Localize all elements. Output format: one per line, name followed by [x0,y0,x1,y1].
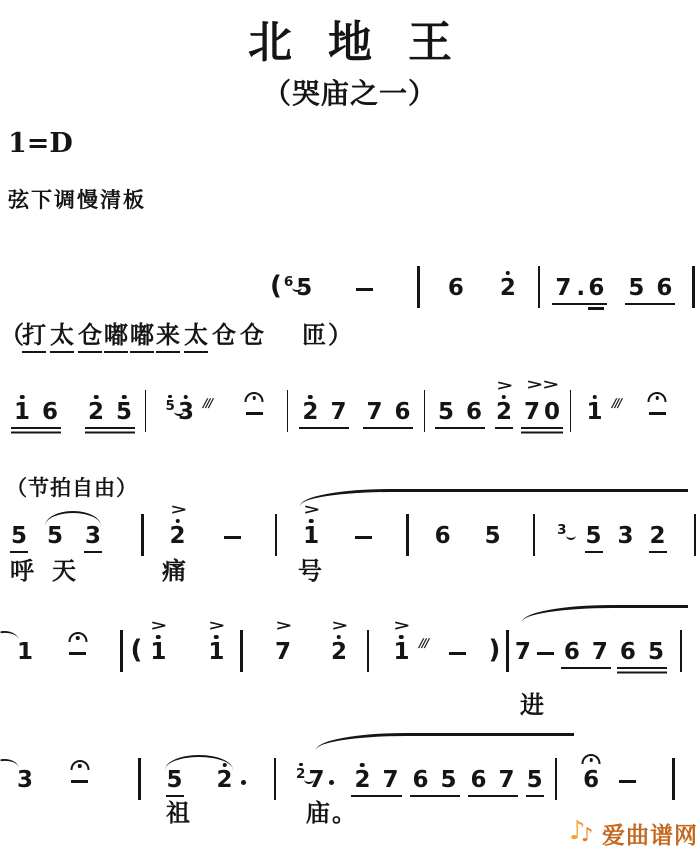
note-digit: 7 [515,641,531,664]
note-group: 3532 [555,524,667,549]
fermata-icon [245,392,264,402]
barline [406,514,409,556]
note-digit: 2 [302,401,318,424]
tie-in-arc [0,757,18,770]
note: 6 [583,769,599,792]
octave-dot [214,635,219,640]
dash-bar [537,652,554,656]
lyric-char: 嘟 [104,322,128,353]
lyric-char: 天 [52,558,76,586]
note: 5 [11,525,27,548]
barline [680,630,683,672]
octave-dot [122,395,127,400]
note-digit: 3 [85,525,101,548]
barline [274,758,277,800]
note-digit: 1 [587,401,603,424]
accent-mark: > [331,619,347,633]
note-group: 67 [562,641,610,664]
lyric-char: 庙 [306,800,330,828]
note: 6 [620,641,636,664]
note: 7 [330,401,346,424]
note-digit: 2 [500,277,516,300]
note-digit: 2 [496,401,512,424]
note-digit: 5 [648,641,664,664]
lyric-char: 来 [156,322,180,353]
octave-dot [360,763,365,768]
note-digit: 6 [394,401,410,424]
mode-tempo-label: 弦下调慢清板 [8,184,146,214]
note-digit: 6 [42,401,58,424]
accent-mark: > [393,619,409,633]
note-digit: 5 [527,769,543,792]
note: 2 [88,401,104,424]
dash-note [619,780,636,793]
note: 3 [17,769,33,792]
grace-note: 6 [284,276,293,290]
accent-mark: > [169,503,185,517]
note-digit: 2 [331,641,347,664]
score-title: 北地王 [0,6,700,70]
note: 2> [331,641,347,664]
note-digit: 5 [485,525,501,548]
note-digit: 1 [14,401,30,424]
note-digit: 7 [275,641,291,664]
note-digit: 5 [11,525,27,548]
parenthesis: ) [488,637,500,663]
grace-note: 3 [557,524,566,538]
note-digit: 6 [413,769,429,792]
barline [538,266,541,308]
note: 3 [85,525,101,548]
note: 6 [588,277,604,300]
octave-dot [94,395,99,400]
note-digit: 7 [499,769,515,792]
lyric-char: 打 [22,322,46,353]
grace-digit: 6 [284,276,293,290]
note-group: 56 [626,277,674,300]
note: 7 [592,641,608,664]
note: 7> [275,641,291,664]
parenthesis: ( [270,273,282,299]
score-subtitle: （哭庙之一） [0,72,700,112]
slur-arc [316,733,574,753]
music-note-icon: ♪ ♪ [569,818,599,850]
barline [506,630,509,672]
note: 7 [524,401,540,424]
note: 5 [116,401,132,424]
lyric-char: 仓 [212,322,236,350]
note: 5 [628,277,644,300]
dash-note [356,288,373,301]
note-group: 76 [364,401,412,424]
tremolo-mark: /// [418,637,429,649]
note-group: 25 [86,401,134,424]
note-group: 65 [411,769,459,792]
dash-bar [449,652,466,656]
accent-mark: > [275,619,291,633]
note: 53/// [166,395,194,425]
note: 5 [648,641,664,664]
octave-dot [222,763,227,768]
note-digit: 7 [308,769,324,792]
lyric-char: 太 [50,322,74,353]
note: 0 [544,401,560,424]
accent-mark: > [150,619,166,633]
dash-note [449,652,466,665]
note-group: 65 [618,641,666,664]
note: 5 [167,769,183,792]
lyric-char: ） [328,322,352,350]
note-group: 7.6 [553,277,606,300]
note: 6 [413,769,429,792]
note: 1 [14,401,30,424]
note: 1> [303,525,319,548]
note-digit: 5 [586,525,602,548]
barline [417,266,420,308]
note-digit: 6 [466,401,482,424]
note-group: 70>> [522,401,562,424]
note: 2 [500,277,516,300]
accent-mark: >> [526,378,558,392]
parenthesis: ( [131,637,143,663]
dash-note [246,412,263,425]
lyric-char: 呼 [10,558,34,586]
music-line: 3522727656756 [8,758,700,792]
note: 2> [170,525,186,548]
watermark: ♪ ♪ 爱曲谱网 [569,817,698,850]
octave-dot [308,395,313,400]
barline [138,758,141,800]
barline [533,514,536,556]
barline [555,758,558,800]
lyric-char: 号 [298,558,322,586]
grace-digit: 5 [166,400,175,414]
note-digit: 7 [555,277,571,300]
lyric-char: 嘟 [130,322,154,353]
note-digit: 6 [588,277,604,300]
note-digit: 6 [435,525,451,548]
slur-arc [522,605,688,625]
note: 5 [485,525,501,548]
note: 2 [650,525,666,548]
octave-dot [156,635,161,640]
free-meter-label: （节拍自由） [6,472,138,502]
dash-bar [356,288,373,292]
note-digit: 3 [618,525,634,548]
note: 7 [515,641,531,664]
octave-dot [337,635,342,640]
lyric-char: 匝 [302,322,326,350]
octave-dot [502,395,507,400]
note-digit: 2 [170,525,186,548]
dash-bar [355,536,372,540]
note-digit: 7 [366,401,382,424]
note-digit: 5 [438,401,454,424]
note-digit: 5 [628,277,644,300]
note: 1> [150,641,166,664]
watermark-text: 爱曲谱网 [602,817,698,850]
barline [141,514,144,556]
note-digit: 6 [656,277,672,300]
note-digit: 1 [17,641,33,664]
note: 3 [618,525,634,548]
note-digit: 1 [303,525,319,548]
note: 6 [564,641,580,664]
note-digit: 2 [217,769,233,792]
note-digit: 5 [47,525,63,548]
fermata-icon [68,632,87,642]
note-digit: 5 [167,769,183,792]
note: 6 [394,401,410,424]
note-digit: 6 [620,641,636,664]
note-digit: 1 [208,641,224,664]
note: 6 [656,277,672,300]
note-group: 56 [436,401,484,424]
note: 1/// [587,401,603,424]
note-digit: 6 [448,277,464,300]
accent-mark: > [208,619,224,633]
lyric-char: 祖 [166,800,190,828]
note: 6 [466,401,482,424]
note: 5 [527,769,543,792]
augmentation-dot [329,780,334,785]
note: 2 [354,769,370,792]
note: . [576,277,583,300]
grace-note: 5 [166,395,175,414]
note: 7 [382,769,398,792]
grace-digit: 2 [296,768,305,782]
note-digit: 2 [650,525,666,548]
note-digit: 3 [178,401,194,424]
note: 7 [366,401,382,424]
barline [672,758,675,800]
dash-bar [649,412,666,416]
dash-bar [619,780,636,784]
note: 5 [438,401,454,424]
lyric-char: 。 [332,800,356,828]
dash-note [71,780,88,793]
grace-digit: 3 [557,524,566,538]
dash-bar [246,412,263,416]
slur-arc [300,489,688,509]
lyric-char: 进 [520,692,544,720]
note-group: 67 [469,769,517,792]
octave-dot [309,519,314,524]
fermata-icon [648,392,667,402]
fermata-icon [70,760,89,770]
barline [692,266,695,308]
music-line: (65627.656 [8,266,700,300]
lyric-line: 进 [0,692,700,724]
note-digit: 2 [88,401,104,424]
note-digit: 6 [564,641,580,664]
note-digit: 5 [441,769,457,792]
note: 2 [217,769,233,792]
tie-in-arc [0,629,18,642]
note-group: 52 [165,769,235,792]
dotted-rhythm-dot: . [576,277,583,300]
fermata-icon [582,754,601,764]
lyric-char: 仓 [78,322,102,353]
note-group: 27 [300,401,348,424]
barline [694,514,697,556]
note-group: 27 [352,769,400,792]
note: 5 [586,525,602,548]
grace-note: 2 [296,763,305,782]
note-digit: 5 [116,401,132,424]
lyric-line: 呼天痛号 [0,558,700,590]
octave-dot [20,395,25,400]
note: 2> [496,401,512,424]
note: 2 [302,401,318,424]
note-digit: 7 [592,641,608,664]
barline [275,514,278,556]
barline [367,630,370,672]
octave-dot [175,519,180,524]
lyric-char: （ [0,322,24,350]
barline [240,630,243,672]
lyric-char: 痛 [162,558,186,586]
note-digit: 7 [330,401,346,424]
note-group: 53 [45,525,103,548]
music-line: 5532>1>653532 [8,514,700,548]
note: 1>/// [393,641,409,664]
tremolo-mark: /// [611,397,622,409]
note: 1> [208,641,224,664]
octave-dot [399,635,404,640]
note-digit: 7 [382,769,398,792]
lyric-char: 太 [184,322,208,353]
augmentation-dot [241,780,246,785]
barline [120,630,123,672]
note-digit: 3 [17,769,33,792]
octave-dot [592,395,597,400]
note: 7 [499,769,515,792]
note-digit: 7 [524,401,540,424]
dash-bar [69,652,86,656]
note: 6 [42,401,58,424]
accent-mark: > [496,379,512,393]
note: 7 [555,277,571,300]
octave-dot [184,395,189,400]
note-digit: 2 [354,769,370,792]
dash-bar [224,536,241,540]
score-page: { "header": { "title": "北地王", "subtitle"… [0,0,700,854]
note-digit: 1 [393,641,409,664]
dash-note [355,536,372,549]
note-digit: 1 [150,641,166,664]
note-digit: 6 [471,769,487,792]
tremolo-mark: /// [202,397,213,409]
note: 6 [448,277,464,300]
dash-note [69,652,86,665]
note: 6 [435,525,451,548]
dash-note [649,412,666,425]
music-note-glyph-2: ♪ [581,824,593,846]
dash-note [537,652,554,665]
note-digit: 5 [296,277,312,300]
note: 1 [17,641,33,664]
note: 5 [47,525,63,548]
accent-mark: > [303,503,319,517]
note-group: 16 [12,401,60,424]
lyric-char: 仓 [240,322,264,350]
music-line: 162553///2776562>70>>1/// [8,390,700,424]
dash-note [224,536,241,549]
note-digit: 6 [583,769,599,792]
music-line: 1(1>1>7>2>1>///)76765 [8,630,700,664]
key-signature: 1=D [8,128,73,159]
lyric-line: （打太仓嘟嘟来太仓仓匝） [0,322,700,354]
note: 5 [441,769,457,792]
dash-bar [71,780,88,784]
note: 6 [471,769,487,792]
note: 65 [284,276,312,301]
note-digit: 0 [544,401,560,424]
octave-dot [506,271,511,276]
note: 27 [296,763,324,793]
